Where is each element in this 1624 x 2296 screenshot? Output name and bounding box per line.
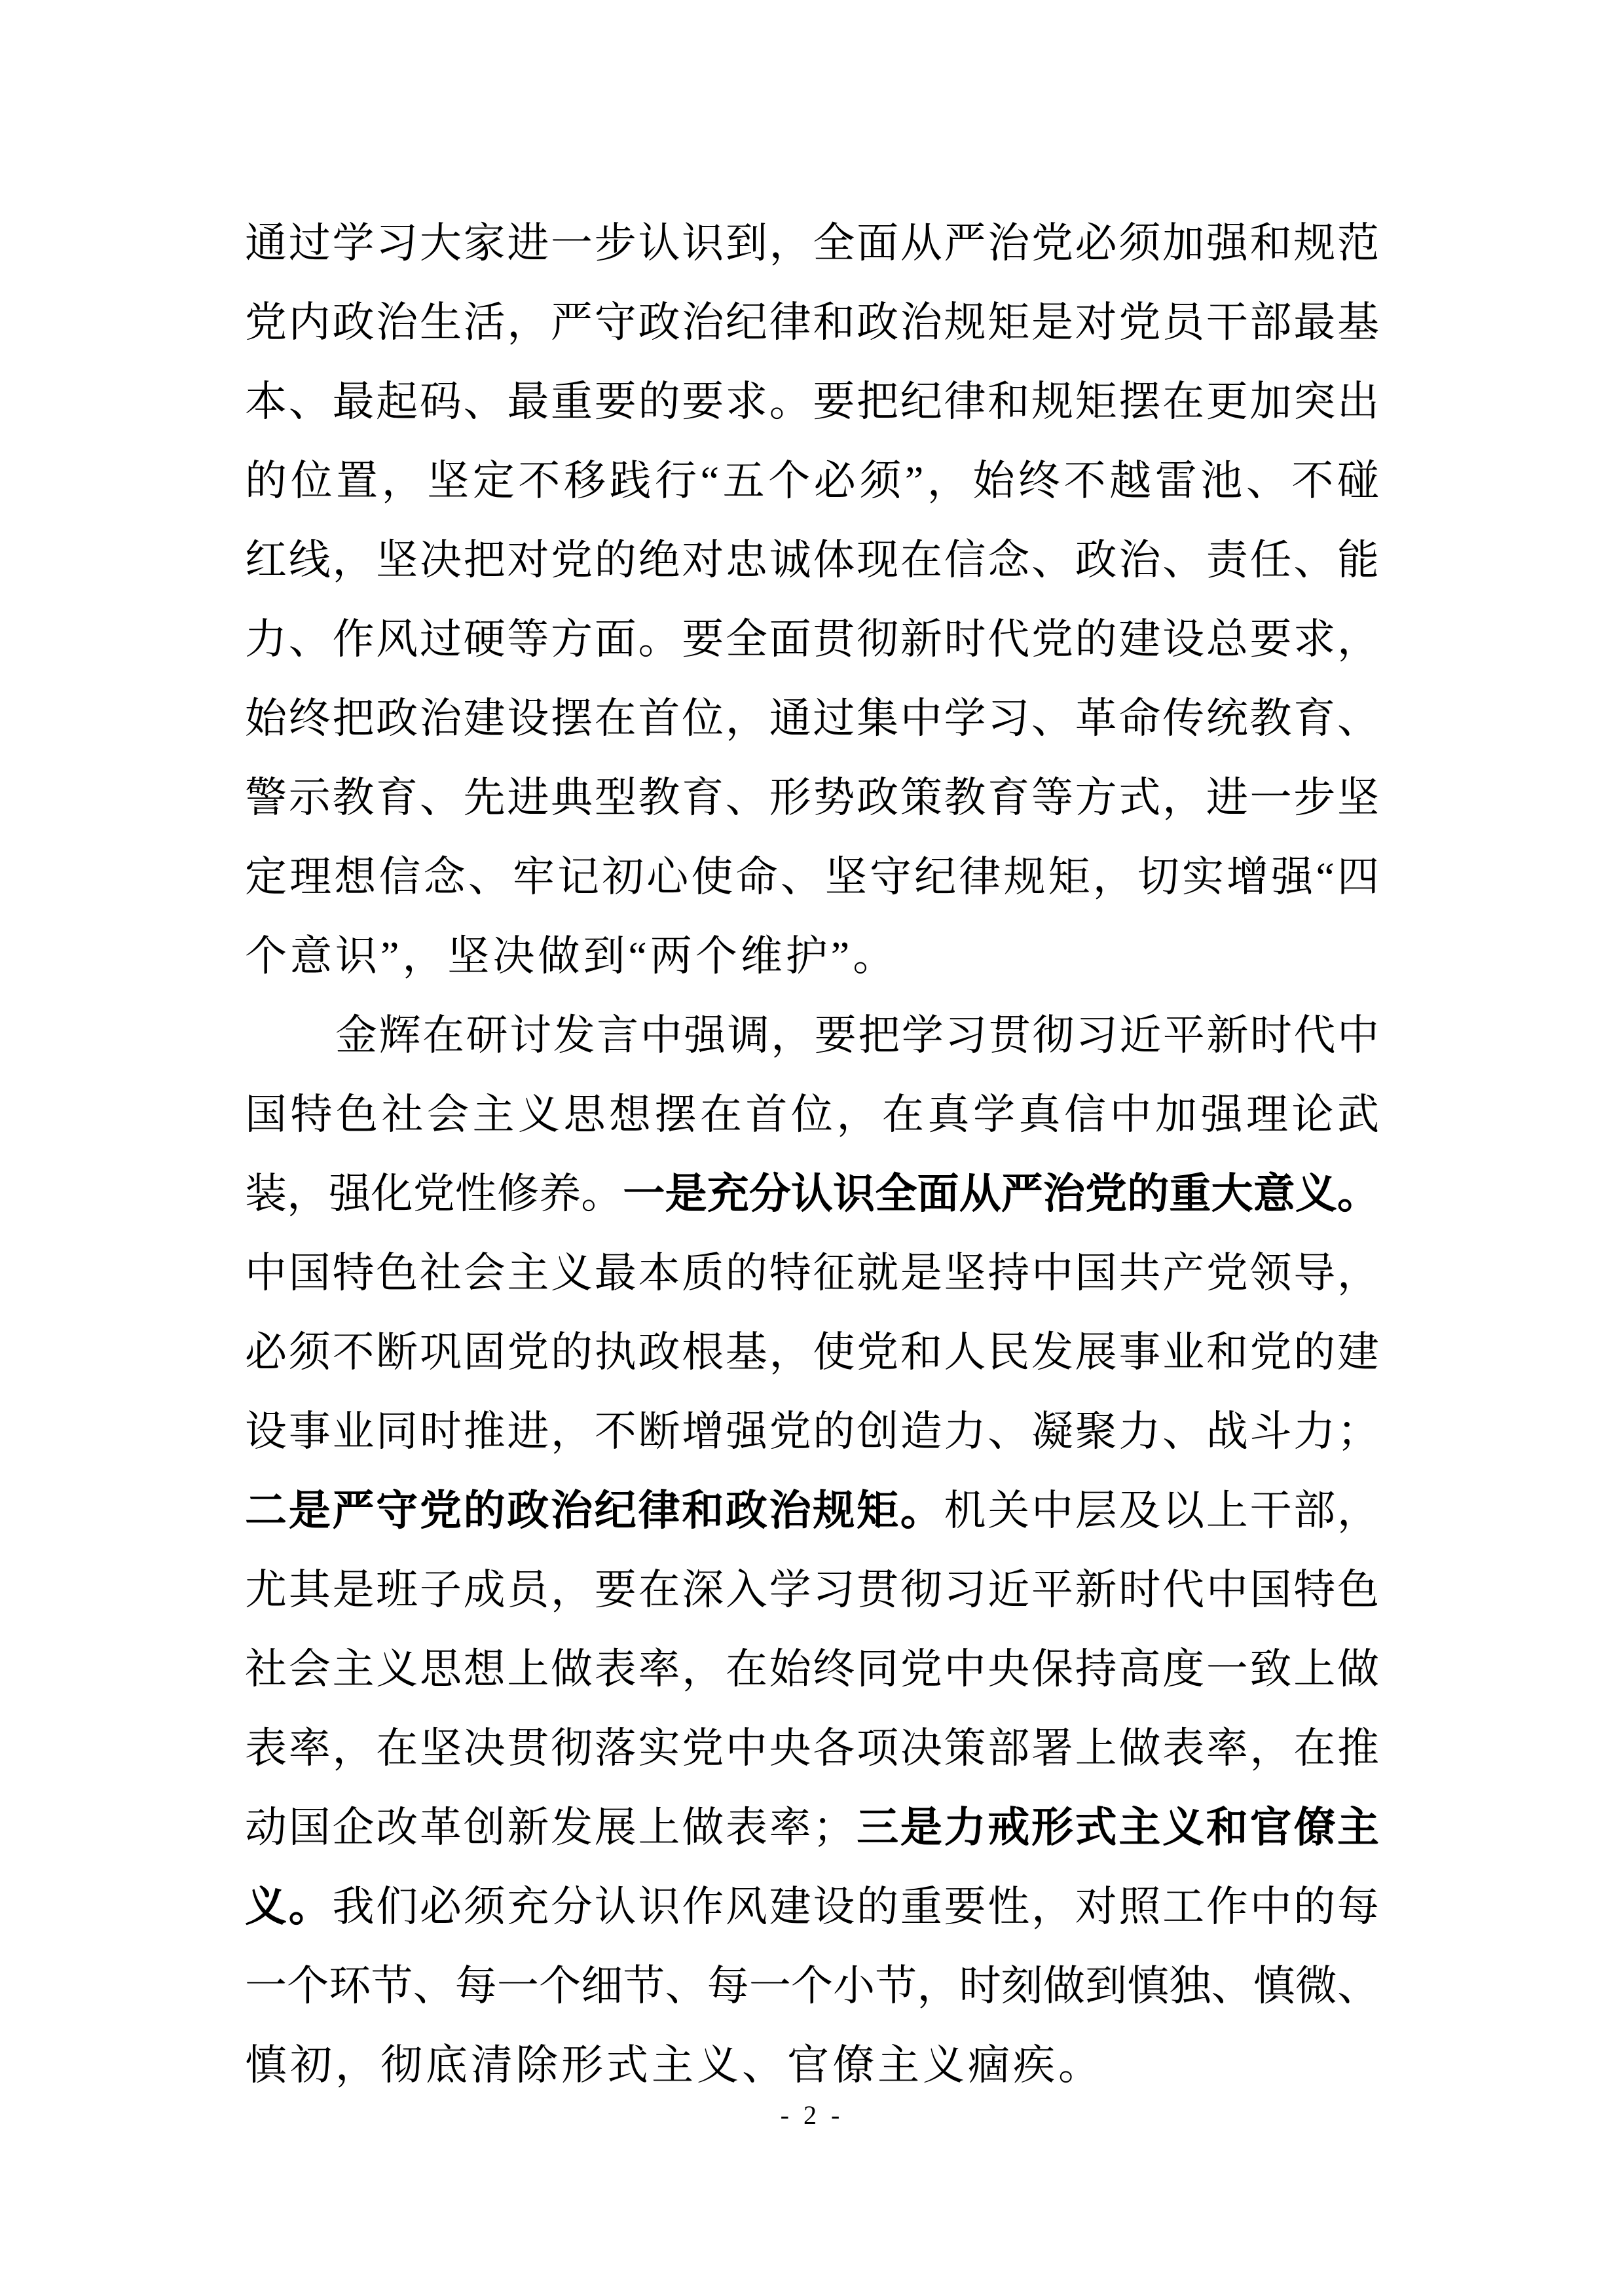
text-run: 我们必须充分认识作风建设的重要性，对照工作中的每 [332, 1884, 1379, 1930]
text-run: 必须不断巩固党的执政根基，使党和人民发展事业和党的建 [245, 1329, 1379, 1376]
text-line: 尤其是班子成员，要在深入学习贯彻习近平新时代中国特色 [245, 1550, 1379, 1630]
text-run: 中国特色社会主义最本质的特征就是坚持中国共产党领导， [245, 1250, 1379, 1296]
text-run: 的位置，坚定不移践行“五个必须”，始终不越雷池、不碰 [245, 458, 1379, 504]
text-run: 尤其是班子成员，要在深入学习贯彻习近平新时代中国特色 [245, 1567, 1379, 1613]
text-line: 二是严守党的政治纪律和政治规矩。机关中层及以上干部， [245, 1471, 1379, 1550]
text-run: 社会主义思想上做表率，在始终同党中央保持高度一致上做 [245, 1646, 1379, 1692]
text-line: 警示教育、先进典型教育、形势政策教育等方式，进一步坚 [245, 758, 1379, 837]
text-line: 中国特色社会主义最本质的特征就是坚持中国共产党领导， [245, 1233, 1379, 1313]
document-page: 通过学习大家进一步认识到，全面从严治党必须加强和规范党内政治生活，严守政治纪律和… [0, 0, 1624, 2296]
text-line: 动国企改革创新发展上做表率；三是力戒形式主义和官僚主 [245, 1788, 1379, 1867]
text-line: 个意识”，坚决做到“两个维护”。 [245, 917, 1379, 996]
text-run: 装，强化党性修养。 [245, 1171, 623, 1217]
text-run: 红线，坚决把对党的绝对忠诚体现在信念、政治、责任、能 [245, 537, 1379, 583]
text-line: 的位置，坚定不移践行“五个必须”，始终不越雷池、不碰 [245, 441, 1379, 520]
paragraph-2: 金辉在研讨发言中强调，要把学习贯彻习近平新时代中国特色社会主义思想摆在首位，在真… [245, 996, 1379, 2105]
text-line: 装，强化党性修养。一是充分认识全面从严治党的重大意义。 [245, 1154, 1379, 1233]
text-line: 必须不断巩固党的执政根基，使党和人民发展事业和党的建 [245, 1313, 1379, 1392]
text-line: 慎初，彻底清除形式主义、官僚主义痼疾。 [245, 2026, 1379, 2105]
text-run: 个意识”，坚决做到“两个维护”。 [245, 933, 898, 979]
text-line: 始终把政治建设摆在首位，通过集中学习、革命传统教育、 [245, 679, 1379, 758]
text-run: 一个环节、每一个细节、每一个小节，时刻做到慎独、慎微、 [245, 1963, 1379, 2009]
text-run: 通过学习大家进一步认识到，全面从严治党必须加强和规范 [245, 220, 1379, 266]
text-run: 力、作风过硬等方面。要全面贯彻新时代党的建设总要求， [245, 616, 1379, 663]
page-number: - 2 - [0, 2098, 1624, 2132]
text-line: 金辉在研讨发言中强调，要把学习贯彻习近平新时代中 [245, 996, 1379, 1075]
bold-text-run: 三是力戒形式主义和官僚主 [855, 1804, 1379, 1851]
text-line: 红线，坚决把对党的绝对忠诚体现在信念、政治、责任、能 [245, 520, 1379, 600]
document-body: 通过学习大家进一步认识到，全面从严治党必须加强和规范党内政治生活，严守政治纪律和… [245, 204, 1379, 2105]
text-run: 党内政治生活，严守政治纪律和政治规矩是对党员干部最基 [245, 299, 1379, 346]
text-run: 始终把政治建设摆在首位，通过集中学习、革命传统教育、 [245, 695, 1379, 742]
text-line: 本、最起码、最重要的要求。要把纪律和规矩摆在更加突出 [245, 362, 1379, 441]
text-line: 社会主义思想上做表率，在始终同党中央保持高度一致上做 [245, 1630, 1379, 1709]
bold-text-run: 义。 [245, 1884, 332, 1930]
text-run: 本、最起码、最重要的要求。要把纪律和规矩摆在更加突出 [245, 378, 1379, 425]
text-run: 定理想信念、牢记初心使命、坚守纪律规矩，切实增强“四 [245, 854, 1379, 900]
text-run: 慎初，彻底清除形式主义、官僚主义痼疾。 [245, 2042, 1103, 2088]
paragraph-1: 通过学习大家进一步认识到，全面从严治党必须加强和规范党内政治生活，严守政治纪律和… [245, 204, 1379, 996]
text-run: 表率，在坚决贯彻落实党中央各项决策部署上做表率，在推 [245, 1725, 1379, 1772]
text-line: 通过学习大家进一步认识到，全面从严治党必须加强和规范 [245, 204, 1379, 283]
text-line: 国特色社会主义思想摆在首位，在真学真信中加强理论武 [245, 1075, 1379, 1154]
bold-text-run: 二是严守党的政治纪律和政治规矩。 [245, 1487, 944, 1534]
text-line: 表率，在坚决贯彻落实党中央各项决策部署上做表率，在推 [245, 1709, 1379, 1788]
text-run: 国特色社会主义思想摆在首位，在真学真信中加强理论武 [245, 1091, 1379, 1138]
text-line: 义。我们必须充分认识作风建设的重要性，对照工作中的每 [245, 1867, 1379, 1946]
text-run: 警示教育、先进典型教育、形势政策教育等方式，进一步坚 [245, 774, 1379, 821]
text-run: 设事业同时推进，不断增强党的创造力、凝聚力、战斗力； [245, 1408, 1379, 1455]
text-line: 一个环节、每一个细节、每一个小节，时刻做到慎独、慎微、 [245, 1946, 1379, 2026]
text-run: 动国企改革创新发展上做表率； [245, 1804, 855, 1851]
text-run: 机关中层及以上干部， [944, 1487, 1379, 1534]
text-line: 党内政治生活，严守政治纪律和政治规矩是对党员干部最基 [245, 283, 1379, 362]
text-run: 金辉在研讨发言中强调，要把学习贯彻习近平新时代中 [335, 1012, 1379, 1059]
text-line: 设事业同时推进，不断增强党的创造力、凝聚力、战斗力； [245, 1392, 1379, 1471]
text-line: 定理想信念、牢记初心使命、坚守纪律规矩，切实增强“四 [245, 837, 1379, 917]
bold-text-run: 一是充分认识全面从严治党的重大意义。 [623, 1171, 1379, 1217]
text-line: 力、作风过硬等方面。要全面贯彻新时代党的建设总要求， [245, 600, 1379, 679]
